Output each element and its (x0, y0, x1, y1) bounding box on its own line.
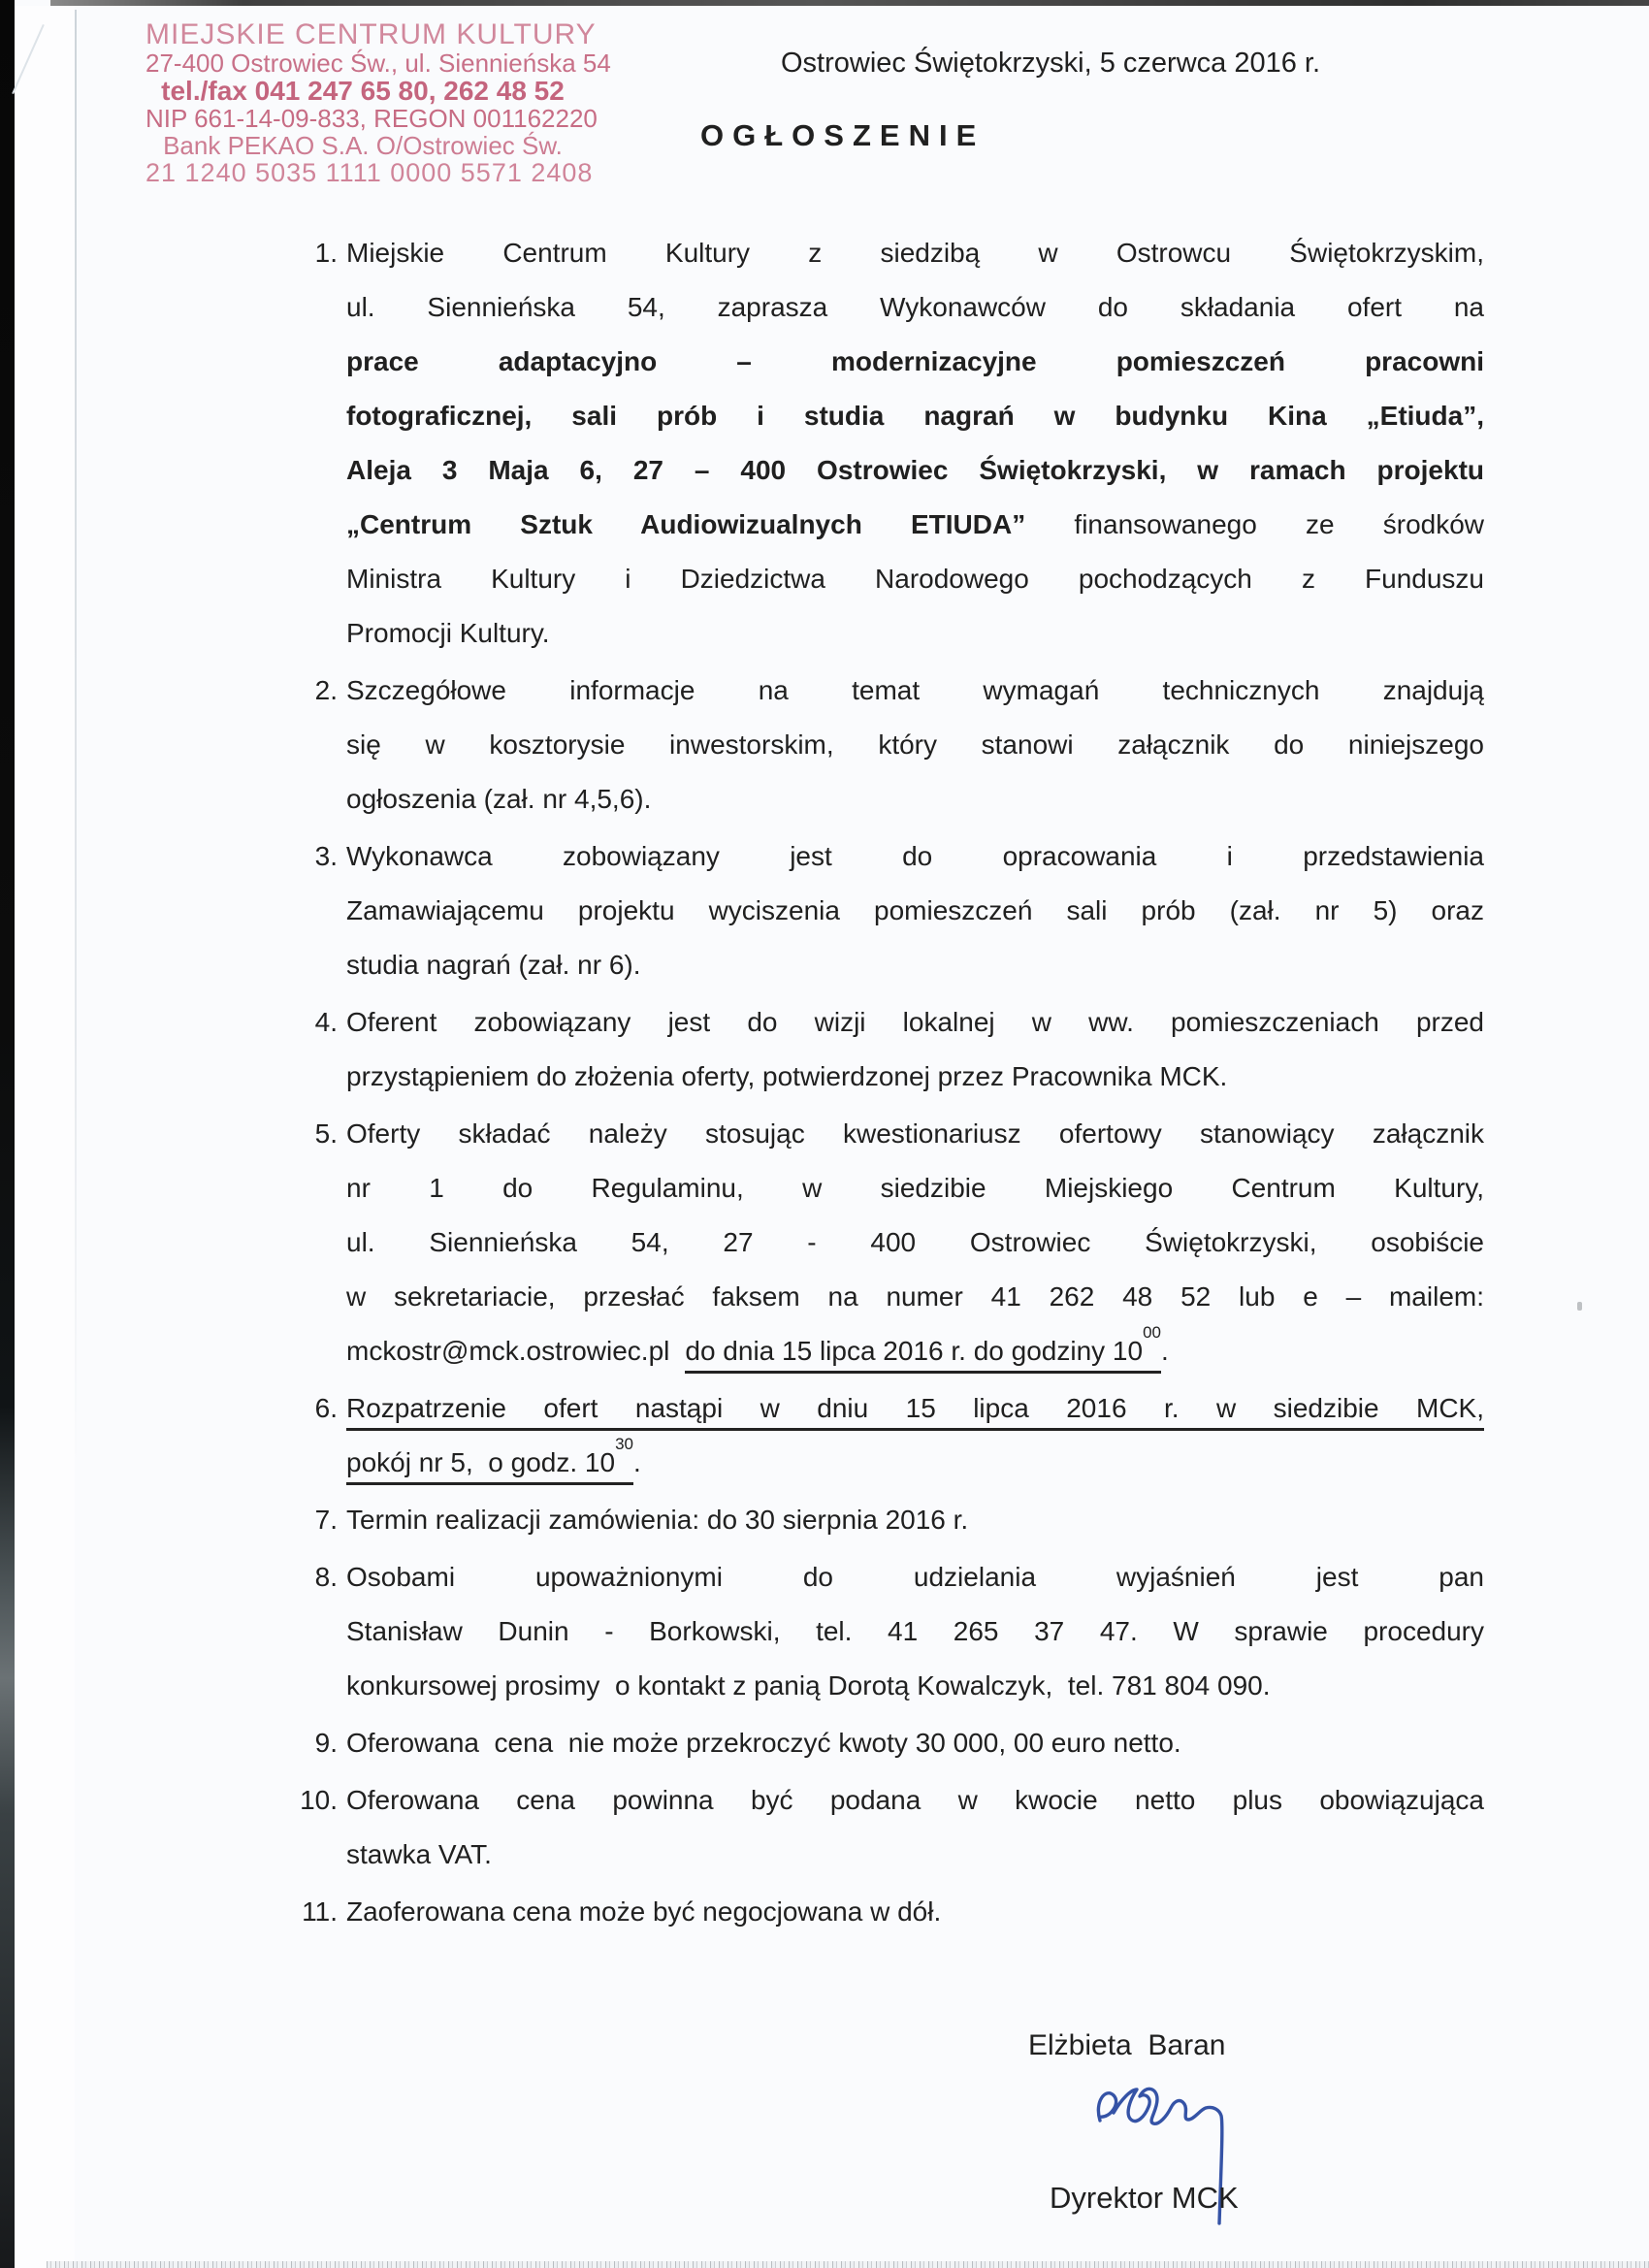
stamp-nip-regon: NIP 661-14-09-833, REGON 001162220 (145, 105, 580, 132)
item-number: 7. (315, 1493, 338, 1547)
text-line: pokój nr 5, o godz. 1030. (346, 1436, 1484, 1490)
stamp-org-name: MIEJSKIE CENTRUM KULTURY (145, 19, 580, 49)
text-line: Ministra Kultury i Dziedzictwa Narodoweg… (346, 552, 1484, 606)
stamp-phone: tel./fax 041 247 65 80, 262 48 52 (145, 77, 580, 105)
scan-speck (1577, 1302, 1582, 1311)
scan-top-edge (50, 0, 1649, 6)
list-item-1: 1. Miejskie Centrum Kultury z siedzibą w… (346, 226, 1484, 661)
list-item-11: 11. Zaoferowana cena może być negocjowan… (346, 1885, 1484, 1939)
opening-date-underlined: Rozpatrzenie ofert nastąpi w dniu 15 lip… (346, 1393, 1484, 1431)
item-number: 9. (315, 1716, 338, 1770)
superscript-minutes: 00 (1143, 1323, 1161, 1342)
text-line: Osobami upoważnionymi do udzielania wyja… (346, 1550, 1484, 1604)
email-address: mckostr@mck.ostrowiec.pl (346, 1336, 669, 1366)
period: . (1161, 1336, 1169, 1366)
stamp-address: 27-400 Ostrowiec Św., ul. Siennieńska 54 (145, 49, 580, 77)
organization-stamp: MIEJSKIE CENTRUM KULTURY 27-400 Ostrowie… (145, 19, 580, 187)
text-line: w sekretariacie, przesłać faksem na nume… (346, 1270, 1484, 1324)
superscript-minutes: 30 (615, 1435, 633, 1453)
announcement-body: 1. Miejskie Centrum Kultury z siedzibą w… (346, 226, 1484, 1942)
place-and-date: Ostrowiec Świętokrzyski, 5 czerwca 2016 … (781, 48, 1320, 80)
document-title: OGŁOSZENIE (700, 118, 985, 153)
text-line: konkursowej prosimy o kontakt z panią Do… (346, 1659, 1484, 1713)
item-number: 4. (315, 995, 338, 1050)
text-segment: finansowanego ze środków (1074, 509, 1484, 539)
stamp-account-number: 21 1240 5035 1111 0000 5571 2408 (145, 159, 580, 187)
signatory-title: Dyrektor MCK (1050, 2181, 1239, 2216)
list-item-6: 6. Rozpatrzenie ofert nastąpi w dniu 15 … (346, 1381, 1484, 1490)
item-number: 8. (315, 1550, 338, 1604)
list-item-2: 2. Szczegółowe informacje na temat wymag… (346, 664, 1484, 826)
scan-bottom-edge (47, 2261, 1649, 2268)
text-line: Zaoferowana cena może być negocjowana w … (346, 1885, 1484, 1939)
text-line: mckostr@mck.ostrowiec.pldo dnia 15 lipca… (346, 1324, 1484, 1378)
period: . (633, 1447, 641, 1477)
list-item-5: 5. Oferty składać należy stosując kwesti… (346, 1107, 1484, 1378)
item-number: 10. (300, 1773, 338, 1828)
text-line: Oferowana cena powinna być podana w kwoc… (346, 1773, 1484, 1828)
text-line: się w kosztorysie inwestorskim, który st… (346, 718, 1484, 772)
text-line: przystąpieniem do złożenia oferty, potwi… (346, 1050, 1484, 1104)
list-item-8: 8. Osobami upoważnionymi do udzielania w… (346, 1550, 1484, 1713)
text-line: ul. Siennieńska 54, 27 - 400 Ostrowiec Ś… (346, 1215, 1484, 1270)
list-item-7: 7. Termin realizacji zamówienia: do 30 s… (346, 1493, 1484, 1547)
project-name-bold: „Centrum Sztuk Audiowizualnych ETIUDA” (346, 509, 1025, 539)
text-line: Promocji Kultury. (346, 606, 1484, 661)
item-number: 5. (315, 1107, 338, 1161)
text-segment: pokój nr 5, o godz. 10 (346, 1447, 615, 1477)
signatory-name: Elżbieta Baran (1028, 2029, 1225, 2062)
text-line: ul. Siennieńska 54, zaprasza Wykonawców … (346, 280, 1484, 335)
item-number: 11. (302, 1885, 338, 1939)
text-line: Rozpatrzenie ofert nastąpi w dniu 15 lip… (346, 1381, 1484, 1436)
text-line: Wykonawca zobowiązany jest do opracowani… (346, 829, 1484, 884)
text-line: Miejskie Centrum Kultury z siedzibą w Os… (346, 226, 1484, 280)
text-line: nr 1 do Regulaminu, w siedzibie Miejskie… (346, 1161, 1484, 1215)
paper-edge-line (75, 10, 77, 1465)
text-line: ogłoszenia (zał. nr 4,5,6). (346, 772, 1484, 826)
text-line: Oferty składać należy stosując kwestiona… (346, 1107, 1484, 1161)
text-line: stawka VAT. (346, 1828, 1484, 1882)
text-line: fotograficznej, sali prób i studia nagra… (346, 389, 1484, 443)
item-number: 6. (315, 1381, 338, 1436)
text-line: Termin realizacji zamówienia: do 30 sier… (346, 1493, 1484, 1547)
text-line: Zamawiającemu projektu wyciszenia pomies… (346, 884, 1484, 938)
text-line: „Centrum Sztuk Audiowizualnych ETIUDA” f… (346, 498, 1484, 552)
list-item-9: 9. Oferowana cena nie może przekroczyć k… (346, 1716, 1484, 1770)
stamp-bank: Bank PEKAO S.A. O/Ostrowiec Św. (145, 132, 580, 159)
underlying-sheet-edge (15, 6, 75, 2268)
list-item-4: 4. Oferent zobowiązany jest do wizji lok… (346, 995, 1484, 1104)
text-line: Oferowana cena nie może przekroczyć kwot… (346, 1716, 1484, 1770)
text-line: Oferent zobowiązany jest do wizji lokaln… (346, 995, 1484, 1050)
scanned-document-page: MIEJSKIE CENTRUM KULTURY 27-400 Ostrowie… (0, 0, 1649, 2268)
text-segment: do dnia 15 lipca 2016 r. do godziny 10 (685, 1336, 1143, 1366)
text-line: Stanisław Dunin - Borkowski, tel. 41 265… (346, 1604, 1484, 1659)
text-line: Aleja 3 Maja 6, 27 – 400 Ostrowiec Święt… (346, 443, 1484, 498)
item-number: 2. (315, 664, 338, 718)
list-item-10: 10. Oferowana cena powinna być podana w … (346, 1773, 1484, 1882)
text-line: prace adaptacyjno – modernizacyjne pomie… (346, 335, 1484, 389)
item-number: 1. (315, 226, 338, 280)
list-item-3: 3. Wykonawca zobowiązany jest do opracow… (346, 829, 1484, 992)
scan-left-edge (0, 0, 15, 2268)
item-number: 3. (315, 829, 338, 884)
deadline-underlined: do dnia 15 lipca 2016 r. do godziny 1000 (685, 1336, 1161, 1374)
text-line: studia nagrań (zał. nr 6). (346, 938, 1484, 992)
text-line: Szczegółowe informacje na temat wymagań … (346, 664, 1484, 718)
opening-time-underlined: pokój nr 5, o godz. 1030 (346, 1447, 633, 1485)
